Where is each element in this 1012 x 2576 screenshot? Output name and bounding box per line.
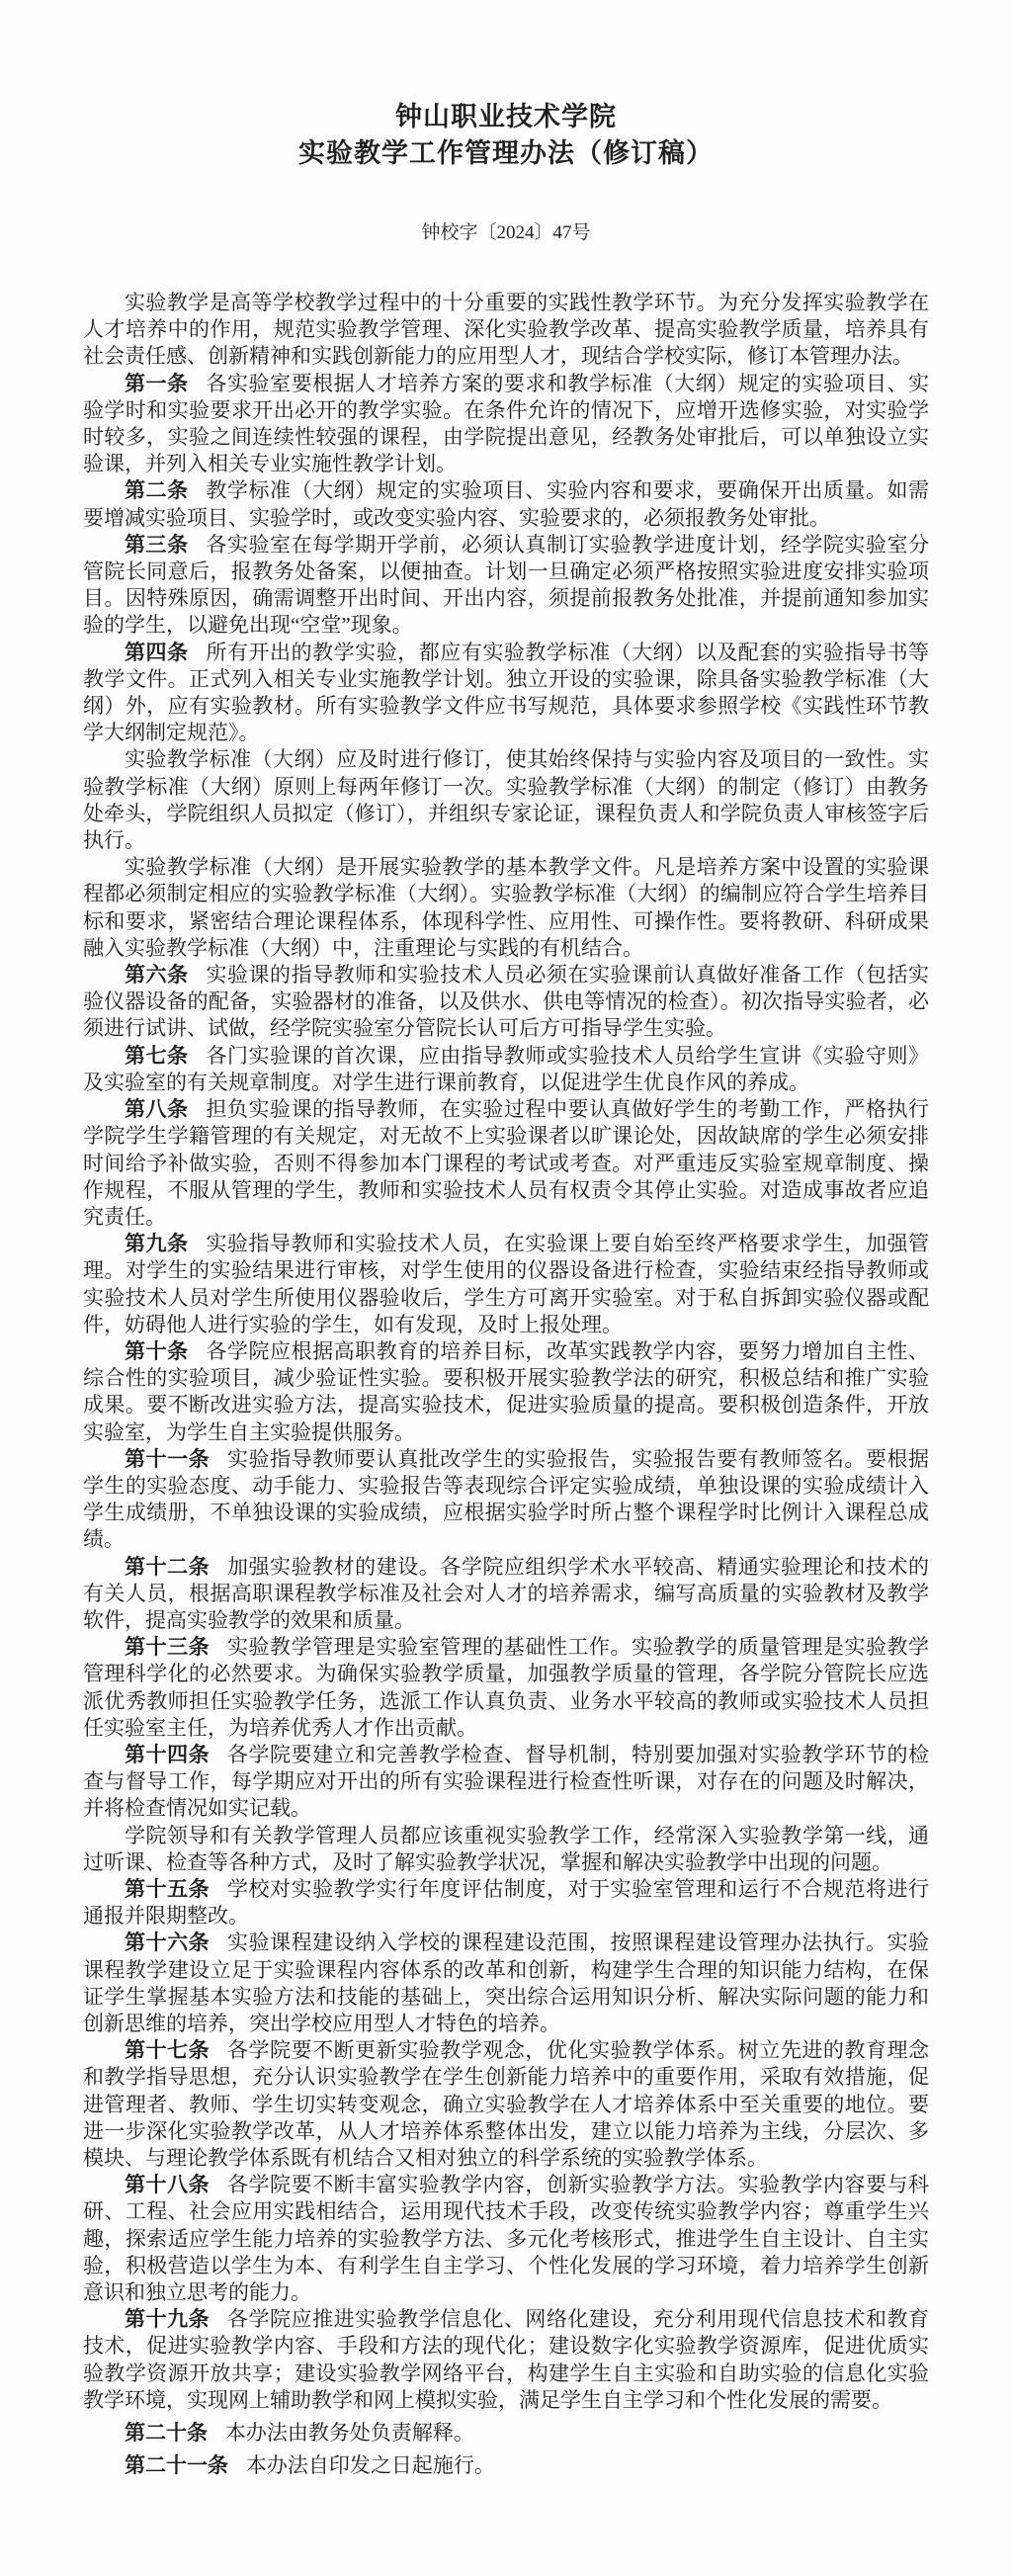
document-page: 钟山职业技术学院 实验教学工作管理办法（修订稿） 钟校字〔2024〕47号 实验…: [0, 0, 1012, 2576]
paragraph: 实验教学是高等学校教学过程中的十分重要的实践性教学环节。为充分发挥实验教学在人才…: [83, 290, 929, 371]
paragraph-text: 实验教学是高等学校教学过程中的十分重要的实践性教学环节。为充分发挥实验教学在人才…: [83, 291, 929, 368]
paragraph-text: 本办法自印发之日起施行。: [246, 2453, 495, 2477]
article-number-label: 第四条: [125, 642, 189, 664]
article-paragraph: 第十一条实验指导教师要认真批改学生的实验报告，实验报告要有教师签名。要根据学生的…: [83, 1446, 929, 1554]
article-paragraph: 第十五条学校对实验教学实行年度评估制度，对于实验室管理和运行不合规范将进行通报并…: [83, 1876, 929, 1930]
article-paragraph: 第十八条各学院要不断丰富实验教学内容，创新实验教学方法。实验教学内容要与科研、工…: [83, 2172, 929, 2306]
document-number: 钟校字〔2024〕47号: [0, 217, 1012, 244]
article-paragraph: 第十条各学院应根据高职教育的培养目标，改革实践教学内容，要努力增加自主性、综合性…: [83, 1338, 929, 1446]
article-number-label: 第十四条: [125, 1744, 210, 1766]
paragraph-text: 实验教学标准（大纲）应及时进行修订，使其始终保持与实验内容及项目的一致性。实验教…: [83, 747, 929, 852]
article-number-label: 第十六条: [125, 1932, 210, 1954]
article-number-label: 第十二条: [125, 1556, 210, 1579]
article-number-label: 第二条: [125, 479, 189, 502]
article-number-label: 第十一条: [125, 1448, 210, 1471]
article-paragraph: 第十七条各学院要不断更新实验教学观念，优化实验教学体系。树立先进的教育理念和教学…: [83, 2037, 929, 2172]
article-paragraph: 第二十一条本办法自印发之日起施行。: [83, 2452, 929, 2479]
article-paragraph: 第十九条各学院应推进实验教学信息化、网络化建设，充分利用现代信息技术和教育技术，…: [83, 2306, 929, 2414]
paragraph-text: 各门实验课的首次课，应由指导教师或实验技术人员给学生宣讲《实验守则》及实验室的有…: [83, 1044, 929, 1094]
document-title-line2: 实验教学工作管理办法（修订稿）: [0, 135, 1012, 172]
article-paragraph: 第八条担负实验课的指导教师，在实验过程中要认真做好学生的考勤工作，严格执行学院学…: [83, 1096, 929, 1231]
article-number-label: 第三条: [125, 534, 189, 557]
article-paragraph: 第六条实验课的指导教师和实验技术人员必须在实验课前认真做好准备工作（包括实验仪器…: [83, 962, 929, 1043]
paragraph-text: 实验指导教师要认真批改学生的实验报告，实验报告要有教师签名。要根据学生的实验态度…: [83, 1447, 929, 1552]
article-paragraph: 第十四条各学院要建立和完善教学检查、督导机制，特别要加强对实验教学环节的检查与督…: [83, 1742, 929, 1823]
article-paragraph: 第十二条加强实验教材的建设。各学院应组织学术水平较高、精通实验理论和技术的有关人…: [83, 1554, 929, 1635]
article-number-label: 第十三条: [125, 1636, 210, 1659]
paragraph-text: 各实验室在每学期开学前，必须认真制订实验教学进度计划，经学院实验室分管院长同意后…: [83, 533, 929, 638]
article-paragraph: 第十六条实验课程建设纳入学校的课程建设范围，按照课程建设管理办法执行。实验课程教…: [83, 1930, 929, 2037]
paragraph: 学院领导和有关教学管理人员都应该重视实验教学工作，经常深入实验教学第一线，通过听…: [83, 1823, 929, 1876]
paragraph-text: 各学院应根据高职教育的培养目标，改革实践教学内容，要努力增加自主性、综合性的实验…: [83, 1339, 929, 1444]
paragraph-text: 学校对实验教学实行年度评估制度，对于实验室管理和运行不合规范将进行通报并限期整改…: [83, 1877, 929, 1928]
article-number-label: 第一条: [125, 373, 189, 395]
document-body: 实验教学是高等学校教学过程中的十分重要的实践性教学环节。为充分发挥实验教学在人才…: [83, 290, 929, 2479]
paragraph-text: 本办法由教务处负责解释。: [225, 2421, 474, 2445]
article-number-label: 第二十条: [125, 2422, 208, 2445]
article-number-label: 第九条: [125, 1233, 189, 1255]
article-paragraph: 第十三条实验教学管理是实验室管理的基础性工作。实验教学的质量管理是实验教学管理科…: [83, 1634, 929, 1742]
paragraph-text: 各实验室要根据人才培养方案的要求和教学标准（大纲）规定的实验项目、实验学时和实验…: [83, 372, 929, 476]
paragraph-text: 实验教学管理是实验室管理的基础性工作。实验教学的质量管理是实验教学管理科学化的必…: [83, 1635, 929, 1740]
paragraph-text: 实验课程建设纳入学校的课程建设范围，按照课程建设管理办法执行。实验课程教学建设立…: [83, 1931, 929, 2035]
article-number-label: 第六条: [125, 964, 189, 987]
article-paragraph: 第四条所有开出的教学实验，都应有实验教学标准（大纲）以及配套的实验指导书等教学文…: [83, 640, 929, 747]
paragraph-text: 加强实验教材的建设。各学院应组织学术水平较高、精通实验理论和技术的有关人员，根据…: [83, 1555, 929, 1632]
article-paragraph: 第九条实验指导教师和实验技术人员，在实验课上要自始至终严格要求学生，加强管理。对…: [83, 1231, 929, 1338]
paragraph-text: 学院领导和有关教学管理人员都应该重视实验教学工作，经常深入实验教学第一线，通过听…: [83, 1824, 929, 1874]
paragraph-text: 实验指导教师和实验技术人员，在实验课上要自始至终严格要求学生，加强管理。对学生的…: [83, 1232, 929, 1336]
article-paragraph: 第三条各实验室在每学期开学前，必须认真制订实验教学进度计划，经学院实验室分管院长…: [83, 532, 929, 640]
article-number-label: 第十八条: [125, 2174, 210, 2196]
article-paragraph: 第一条各实验室要根据人才培养方案的要求和教学标准（大纲）规定的实验项目、实验学时…: [83, 371, 929, 478]
paragraph-text: 实验课的指导教师和实验技术人员必须在实验课前认真做好准备工作（包括实验仪器设备的…: [83, 963, 929, 1040]
article-number-label: 第十条: [125, 1340, 189, 1363]
paragraph-text: 各学院要不断丰富实验教学内容，创新实验教学方法。实验教学内容要与科研、工程、社会…: [83, 2173, 929, 2304]
paragraph-text: 实验教学标准（大纲）是开展实验教学的基本教学文件。凡是培养方案中设置的实验课程都…: [83, 855, 929, 960]
article-number-label: 第二十一条: [125, 2454, 228, 2477]
paragraph-text: 各学院要建立和完善教学检查、督导机制，特别要加强对实验教学环节的检查与督导工作，…: [83, 1743, 929, 1820]
paragraph: 实验教学标准（大纲）是开展实验教学的基本教学文件。凡是培养方案中设置的实验课程都…: [83, 854, 929, 962]
paragraph-text: 担负实验课的指导教师，在实验过程中要认真做好学生的考勤工作，严格执行学院学生学籍…: [83, 1097, 929, 1229]
article-number-label: 第十九条: [125, 2308, 210, 2331]
article-paragraph: 第二条教学标准（大纲）规定的实验项目、实验内容和要求，要确保开出质量。如需要增减…: [83, 477, 929, 531]
paragraph-text: 各学院要不断更新实验教学观念，优化实验教学体系。树立先进的教育理念和教学指导思想…: [83, 2038, 929, 2170]
document-title-line1: 钟山职业技术学院: [0, 0, 1012, 135]
article-paragraph: 第七条各门实验课的首次课，应由指导教师或实验技术人员给学生宣讲《实验守则》及实验…: [83, 1043, 929, 1096]
article-paragraph: 第二十条本办法由教务处负责解释。: [83, 2420, 929, 2447]
paragraph-text: 所有开出的教学实验，都应有实验教学标准（大纲）以及配套的实验指导书等教学文件。正…: [83, 641, 929, 745]
article-number-label: 第十五条: [125, 1878, 210, 1901]
article-number-label: 第七条: [125, 1045, 189, 1068]
paragraph: 实验教学标准（大纲）应及时进行修订，使其始终保持与实验内容及项目的一致性。实验教…: [83, 746, 929, 854]
article-number-label: 第八条: [125, 1098, 189, 1121]
article-number-label: 第十七条: [125, 2039, 210, 2062]
paragraph-text: 教学标准（大纲）规定的实验项目、实验内容和要求，要确保开出质量。如需要增减实验项…: [83, 478, 929, 529]
paragraph-text: 各学院应推进实验教学信息化、网络化建设，充分利用现代信息技术和教育技术，促进实验…: [83, 2307, 929, 2412]
